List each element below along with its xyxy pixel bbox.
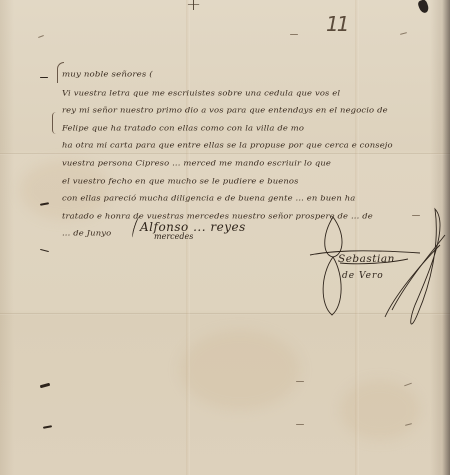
margin-mark xyxy=(43,425,52,429)
margin-mark xyxy=(38,35,44,38)
letter-line: Vi vuestra letra que me escriuistes sobr… xyxy=(62,87,432,98)
margin-mark xyxy=(40,383,50,388)
paper-stain xyxy=(180,330,300,410)
salutation-line: muy noble señores ( xyxy=(62,69,432,80)
ink-blot xyxy=(417,0,430,14)
letter-line: vuestra persona Cipreso ... merced me ma… xyxy=(62,157,432,168)
margin-mark xyxy=(296,381,304,382)
signature-right-name: Sebastian xyxy=(338,253,395,265)
signature-right: Sebastian de Vero xyxy=(300,205,450,335)
paper-stain xyxy=(340,380,420,440)
margin-mark xyxy=(404,383,412,387)
signature-rubric-icon xyxy=(300,205,450,335)
letter-line: ha otra mi carta para que entre ellas se… xyxy=(62,140,432,151)
margin-mark xyxy=(290,34,298,35)
margin-mark xyxy=(400,32,407,35)
letter-line: rey mi señor nuestro primo dio a vos par… xyxy=(62,104,432,115)
signature-left: Alfonso ... reyes mercedes xyxy=(140,220,246,241)
signature-right-subline: de Vero xyxy=(342,271,384,281)
margin-bracket xyxy=(52,112,56,134)
cross-mark: + xyxy=(186,0,201,15)
manuscript-page: + 11 muy noble señores ( Vi vuestra letr… xyxy=(0,0,450,475)
folio-number: 11 xyxy=(326,12,347,36)
letter-line: el vuestro fecho en que mucho se le pudi… xyxy=(62,175,432,186)
margin-mark xyxy=(296,424,304,425)
letter-line: Felipe que ha tratado con ellas como con… xyxy=(62,122,432,133)
margin-mark xyxy=(40,77,48,78)
margin-mark xyxy=(40,249,49,252)
letter-line: con ellas pareció mucha diligencia e de … xyxy=(62,192,432,203)
